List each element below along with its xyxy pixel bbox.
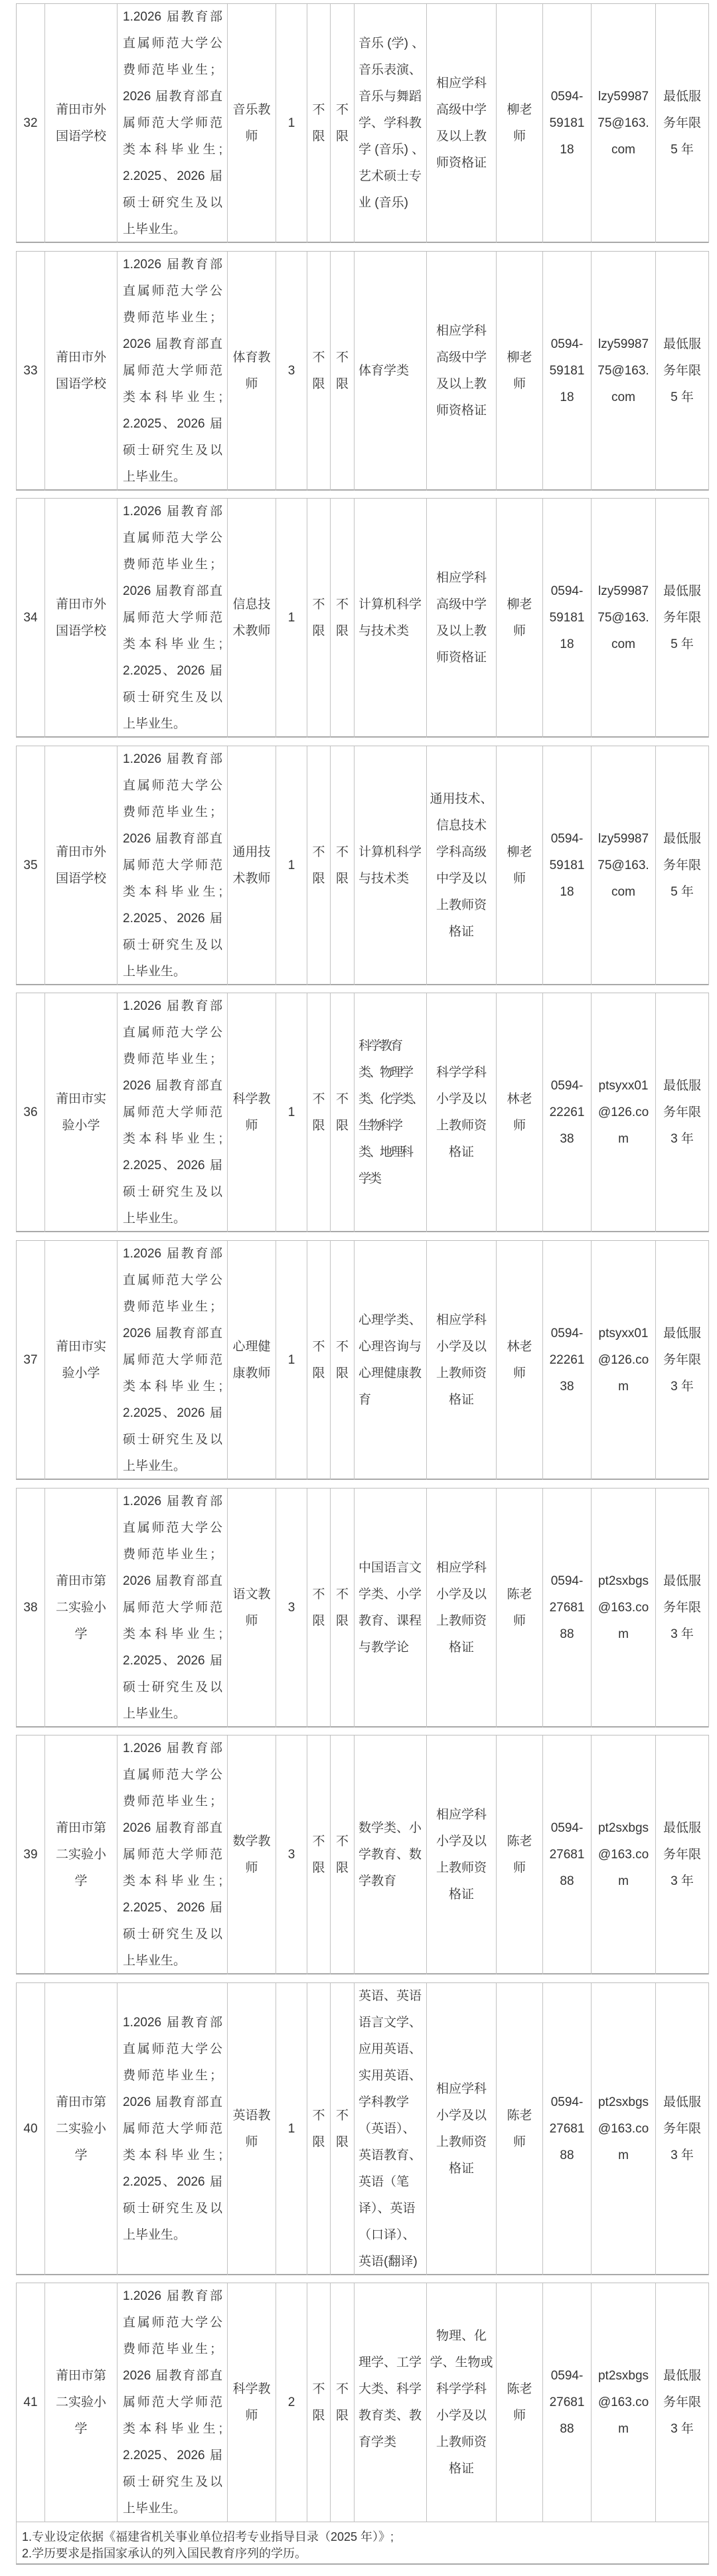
cell-number: 39	[17, 1735, 45, 1974]
text-line: 1.2026 届教育部	[123, 993, 222, 1020]
text-line: 2026 届教育部直	[123, 2089, 222, 2116]
text-line: 上毕业生。	[123, 1453, 222, 1480]
text-line: 1.2026 届教育部	[123, 252, 222, 278]
cell-school: 莆田市外 国语学校	[45, 252, 118, 491]
cell-condition-2: 不 限	[331, 1241, 355, 1480]
cell-phone: 0594- 27681 88	[543, 1489, 592, 1728]
cell-condition-2: 不 限	[331, 499, 355, 738]
cell-condition-2: 不 限	[331, 993, 355, 1232]
cell-headcount: 1	[276, 746, 307, 985]
cell-position: 通用技 术教师	[228, 746, 276, 985]
text-line: 1.2026 届教育部	[123, 1735, 222, 1762]
cell-condition-1: 不 限	[307, 1241, 331, 1480]
cell-phone: 0594- 27681 88	[543, 2283, 592, 2522]
cell-number: 41	[17, 2283, 45, 2522]
text-line: 费师范毕业生；	[123, 57, 222, 84]
cell-position: 数学教 师	[228, 1735, 276, 1974]
cell-condition-1: 不 限	[307, 993, 331, 1232]
cell-school: 莆田市外 国语学校	[45, 4, 118, 243]
cell-email: ptsyxx01 @126.co m	[592, 993, 656, 1232]
cell-number: 36	[17, 993, 45, 1232]
cell-major: 计算机科学 与技术类	[355, 499, 427, 738]
cell-target-applicants: 1.2026 届教育部直属师范大学公费师范毕业生；2026 届教育部直属师范大学…	[118, 1735, 228, 1974]
text-line: 类本科毕业生;	[123, 879, 222, 906]
cell-school: 莆田市外 国语学校	[45, 499, 118, 738]
text-line: 费师范毕业生；	[123, 799, 222, 826]
cell-condition-2: 不 限	[331, 252, 355, 491]
cell-major: 理学、工学 大类、科学 教育类、教 育学类	[355, 2283, 427, 2522]
text-line: 属师范大学师范	[123, 1842, 222, 1868]
cell-service-term: 最低服 务年限 5 年	[656, 746, 709, 985]
table-row: 38 莆田市第 二实验小 学 1.2026 届教育部直属师范大学公费师范毕业生；…	[16, 1488, 709, 1728]
cell-service-term: 最低服 务年限 3 年	[656, 1489, 709, 1728]
cell-target-applicants: 1.2026 届教育部直属师范大学公费师范毕业生；2026 届教育部直属师范大学…	[118, 1241, 228, 1480]
cell-qualification: 相应学科 高级中学 及以上教 师资格证	[427, 499, 497, 738]
cell-service-term: 最低服 务年限 3 年	[656, 2283, 709, 2522]
cell-target-applicants: 1.2026 届教育部直属师范大学公费师范毕业生；2026 届教育部直属师范大学…	[118, 4, 228, 243]
text-line: 类本科毕业生;	[123, 1374, 222, 1400]
text-line: 属师范大学师范	[123, 358, 222, 384]
text-line: 上毕业生。	[123, 1701, 222, 1728]
text-line: 直属师范大学公	[123, 2036, 222, 2063]
text-line: 类本科毕业生;	[123, 2142, 222, 2169]
cell-qualification: 通用技术、 信息技术 学科高级 中学及以 上教师资 格证	[427, 746, 497, 985]
cell-target-applicants: 1.2026 届教育部直属师范大学公费师范毕业生；2026 届教育部直属师范大学…	[118, 499, 228, 738]
cell-condition-1: 不 限	[307, 2283, 331, 2522]
cell-major: 英语、英语 语言文学、 应用英语、 实用英语、 学科教学 （英语）、 英语教育、…	[355, 1983, 427, 2275]
text-line: 费师范毕业生；	[123, 1294, 222, 1321]
text-line: 属师范大学师范	[123, 605, 222, 631]
text-line: 类本科毕业生;	[123, 1126, 222, 1153]
cell-major: 数学类、小 学教育、数 学教育	[355, 1735, 427, 1974]
text-line: 1.2026 届教育部	[123, 1241, 222, 1267]
text-line: 直属师范大学公	[123, 1020, 222, 1046]
cell-condition-2: 不 限	[331, 2283, 355, 2522]
text-line: 硕士研究生及以	[123, 190, 222, 216]
cell-condition-1: 不 限	[307, 1489, 331, 1728]
text-line: 2.2025、2026 届	[123, 2443, 222, 2469]
cell-contact-person: 柳老 师	[497, 252, 543, 491]
cell-major: 体育学类	[355, 252, 427, 491]
footnote-line: 2.学历要求是指国家承认的列入国民教育序列的学历。	[22, 2545, 703, 2562]
text-line: 直属师范大学公	[123, 31, 222, 57]
text-line: 直属师范大学公	[123, 773, 222, 799]
cell-school: 莆田市外 国语学校	[45, 746, 118, 985]
text-line: 属师范大学师范	[123, 2389, 222, 2416]
text-line: 上毕业生。	[123, 1948, 222, 1974]
text-line: 硕士研究生及以	[123, 684, 222, 711]
text-line: 2.2025、2026 届	[123, 2169, 222, 2196]
cell-phone: 0594- 59181 18	[543, 252, 592, 491]
cell-service-term: 最低服 务年限 5 年	[656, 499, 709, 738]
cell-contact-person: 林老 师	[497, 993, 543, 1232]
cell-qualification: 相应学科 小学及以 上教师资 格证	[427, 1489, 497, 1728]
cell-condition-2: 不 限	[331, 1735, 355, 1974]
cell-position: 信息技 术教师	[228, 499, 276, 738]
text-line: 2026 届教育部直	[123, 1815, 222, 1842]
text-line: 费师范毕业生；	[123, 1789, 222, 1815]
text-line: 1.2026 届教育部	[123, 1489, 222, 1515]
text-line: 2026 届教育部直	[123, 578, 222, 605]
text-line: 类本科毕业生;	[123, 1621, 222, 1648]
cell-number: 38	[17, 1489, 45, 1728]
text-line: 2.2025、2026 届	[123, 163, 222, 190]
cell-qualification: 相应学科 小学及以 上教师资 格证	[427, 1735, 497, 1974]
table-row: 34 莆田市外 国语学校 1.2026 届教育部直属师范大学公费师范毕业生；20…	[16, 498, 709, 738]
table-footnote: 1.专业设定依据《福建省机关事业单位招考专业指导目录（2025 年）》; 2.学…	[16, 2522, 709, 2565]
cell-email: lzy59987 75@163. com	[592, 252, 656, 491]
text-line: 2026 届教育部直	[123, 1568, 222, 1595]
cell-major: 中国语言文 学类、小学 教育、课程 与教学论	[355, 1489, 427, 1728]
cell-condition-1: 不 限	[307, 746, 331, 985]
text-line: 属师范大学师范	[123, 1595, 222, 1621]
cell-condition-2: 不 限	[331, 4, 355, 243]
table-row: 36 莆田市实 验小学 1.2026 届教育部直属师范大学公费师范毕业生；202…	[16, 993, 709, 1232]
text-line: 类本科毕业生;	[123, 631, 222, 658]
table-row: 40 莆田市第 二实验小 学 1.2026 届教育部直属师范大学公费师范毕业生；…	[16, 1982, 709, 2275]
cell-qualification: 相应学科 小学及以 上教师资 格证	[427, 1241, 497, 1480]
cell-major: 计算机科学 与技术类	[355, 746, 427, 985]
cell-headcount: 1	[276, 1983, 307, 2275]
table-row: 32 莆田市外 国语学校 1.2026 届教育部直属师范大学公费师范毕业生；20…	[16, 3, 709, 243]
cell-email: pt2sxbgs @163.co m	[592, 1489, 656, 1728]
text-line: 2.2025、2026 届	[123, 1648, 222, 1674]
cell-headcount: 1	[276, 1241, 307, 1480]
cell-number: 32	[17, 4, 45, 243]
text-line: 硕士研究生及以	[123, 932, 222, 959]
text-line: 费师范毕业生；	[123, 2336, 222, 2363]
text-line: 2.2025、2026 届	[123, 1895, 222, 1921]
text-line: 类本科毕业生;	[123, 2416, 222, 2443]
cell-email: pt2sxbgs @163.co m	[592, 2283, 656, 2522]
text-line: 硕士研究生及以	[123, 1179, 222, 1206]
text-line: 2026 届教育部直	[123, 826, 222, 852]
cell-target-applicants: 1.2026 届教育部直属师范大学公费师范毕业生；2026 届教育部直属师范大学…	[118, 252, 228, 491]
cell-qualification: 科学学科 小学及以 上教师资 格证	[427, 993, 497, 1232]
text-line: 属师范大学师范	[123, 110, 222, 137]
cell-headcount: 3	[276, 252, 307, 491]
text-line: 费师范毕业生；	[123, 552, 222, 578]
text-line: 硕士研究生及以	[123, 1921, 222, 1948]
cell-email: ptsyxx01 @126.co m	[592, 1241, 656, 1480]
cell-major: 音乐 (学) 、 音乐表演、 音乐与舞蹈 学、学科教 学 (音乐) 、 艺术硕士…	[355, 4, 427, 243]
text-line: 直属师范大学公	[123, 278, 222, 305]
text-line: 属师范大学师范	[123, 1099, 222, 1126]
cell-position: 心理健 康教师	[228, 1241, 276, 1480]
cell-contact-person: 陈老 师	[497, 1489, 543, 1728]
cell-school: 莆田市第 二实验小 学	[45, 2283, 118, 2522]
cell-service-term: 最低服 务年限 3 年	[656, 1241, 709, 1480]
text-line: 2026 届教育部直	[123, 84, 222, 110]
cell-phone: 0594- 22261 38	[543, 993, 592, 1232]
cell-headcount: 3	[276, 1489, 307, 1728]
cell-condition-1: 不 限	[307, 252, 331, 491]
text-line: 1.2026 届教育部	[123, 4, 222, 31]
cell-condition-2: 不 限	[331, 1489, 355, 1728]
cell-condition-1: 不 限	[307, 499, 331, 738]
text-line: 1.2026 届教育部	[123, 2010, 222, 2036]
cell-qualification: 相应学科 高级中学 及以上教 师资格证	[427, 4, 497, 243]
cell-target-applicants: 1.2026 届教育部直属师范大学公费师范毕业生；2026 届教育部直属师范大学…	[118, 746, 228, 985]
text-line: 费师范毕业生；	[123, 2063, 222, 2089]
text-line: 2026 届教育部直	[123, 2363, 222, 2389]
cell-number: 35	[17, 746, 45, 985]
table-row: 35 莆田市外 国语学校 1.2026 届教育部直属师范大学公费师范毕业生；20…	[16, 746, 709, 985]
cell-qualification: 物理、化 学、生物或 科学学科 小学及以 上教师资 格证	[427, 2283, 497, 2522]
text-line: 费师范毕业生；	[123, 305, 222, 331]
text-line: 1.2026 届教育部	[123, 499, 222, 525]
text-line: 上毕业生。	[123, 1206, 222, 1232]
text-line: 直属师范大学公	[123, 1762, 222, 1789]
cell-phone: 0594- 27681 88	[543, 1735, 592, 1974]
cell-email: pt2sxbgs @163.co m	[592, 1983, 656, 2275]
text-line: 2026 届教育部直	[123, 1073, 222, 1099]
cell-service-term: 最低服 务年限 3 年	[656, 993, 709, 1232]
cell-contact-person: 柳老 师	[497, 4, 543, 243]
cell-headcount: 2	[276, 2283, 307, 2522]
cell-number: 40	[17, 1983, 45, 2275]
cell-position: 体育教 师	[228, 252, 276, 491]
cell-major: 心理学类、 心理咨询与 心理健康教 育	[355, 1241, 427, 1480]
text-line: 属师范大学师范	[123, 1347, 222, 1374]
cell-service-term: 最低服 务年限 5 年	[656, 4, 709, 243]
cell-condition-1: 不 限	[307, 1735, 331, 1974]
text-line: 属师范大学师范	[123, 2116, 222, 2142]
cell-school: 莆田市第 二实验小 学	[45, 1735, 118, 1974]
table-row: 39 莆田市第 二实验小 学 1.2026 届教育部直属师范大学公费师范毕业生；…	[16, 1735, 709, 1974]
cell-phone: 0594- 59181 18	[543, 746, 592, 985]
text-line: 直属师范大学公	[123, 1267, 222, 1294]
text-line: 硕士研究生及以	[123, 2469, 222, 2496]
text-line: 2026 届教育部直	[123, 331, 222, 358]
cell-qualification: 相应学科 高级中学 及以上教 师资格证	[427, 252, 497, 491]
text-line: 费师范毕业生；	[123, 1542, 222, 1568]
cell-headcount: 1	[276, 499, 307, 738]
text-line: 硕士研究生及以	[123, 1674, 222, 1701]
cell-target-applicants: 1.2026 届教育部直属师范大学公费师范毕业生；2026 届教育部直属师范大学…	[118, 1983, 228, 2275]
cell-target-applicants: 1.2026 届教育部直属师范大学公费师范毕业生；2026 届教育部直属师范大学…	[118, 993, 228, 1232]
table-row: 41 莆田市第 二实验小 学 1.2026 届教育部直属师范大学公费师范毕业生；…	[16, 2283, 709, 2522]
text-line: 上毕业生。	[123, 464, 222, 491]
cell-condition-2: 不 限	[331, 1983, 355, 2275]
cell-contact-person: 陈老 师	[497, 1983, 543, 2275]
text-line: 类本科毕业生;	[123, 384, 222, 411]
cell-headcount: 1	[276, 4, 307, 243]
text-line: 2.2025、2026 届	[123, 1153, 222, 1179]
text-line: 类本科毕业生;	[123, 137, 222, 163]
text-line: 直属师范大学公	[123, 525, 222, 552]
text-line: 2.2025、2026 届	[123, 658, 222, 684]
cell-qualification: 相应学科 小学及以 上教师资 格证	[427, 1983, 497, 2275]
cell-headcount: 1	[276, 993, 307, 1232]
cell-phone: 0594- 27681 88	[543, 1983, 592, 2275]
cell-number: 33	[17, 252, 45, 491]
cell-headcount: 3	[276, 1735, 307, 1974]
table-row: 33 莆田市外 国语学校 1.2026 届教育部直属师范大学公费师范毕业生；20…	[16, 251, 709, 491]
text-line: 上毕业生。	[123, 711, 222, 738]
text-line: 上毕业生。	[123, 2496, 222, 2522]
text-line: 2026 届教育部直	[123, 1321, 222, 1347]
text-line: 硕士研究生及以	[123, 2196, 222, 2222]
text-line: 2.2025、2026 届	[123, 411, 222, 438]
text-line: 2.2025、2026 届	[123, 906, 222, 932]
table-row: 37 莆田市实 验小学 1.2026 届教育部直属师范大学公费师范毕业生；202…	[16, 1240, 709, 1480]
recruitment-table: 32 莆田市外 国语学校 1.2026 届教育部直属师范大学公费师范毕业生；20…	[16, 3, 709, 2565]
text-line: 硕士研究生及以	[123, 438, 222, 464]
cell-service-term: 最低服 务年限 3 年	[656, 1983, 709, 2275]
cell-school: 莆田市第 二实验小 学	[45, 1983, 118, 2275]
cell-number: 37	[17, 1241, 45, 1480]
cell-service-term: 最低服 务年限 3 年	[656, 1735, 709, 1974]
cell-email: lzy59987 75@163. com	[592, 499, 656, 738]
cell-position: 科学教 师	[228, 993, 276, 1232]
text-line: 1.2026 届教育部	[123, 2283, 222, 2310]
text-line: 上毕业生。	[123, 2222, 222, 2249]
footnote-line: 1.专业设定依据《福建省机关事业单位招考专业指导目录（2025 年）》;	[22, 2529, 703, 2545]
cell-phone: 0594- 59181 18	[543, 4, 592, 243]
cell-email: pt2sxbgs @163.co m	[592, 1735, 656, 1974]
cell-contact-person: 陈老 师	[497, 1735, 543, 1974]
cell-phone: 0594- 59181 18	[543, 499, 592, 738]
text-line: 硕士研究生及以	[123, 1427, 222, 1453]
cell-number: 34	[17, 499, 45, 738]
text-line: 费师范毕业生；	[123, 1046, 222, 1073]
cell-position: 英语教 师	[228, 1983, 276, 2275]
cell-contact-person: 柳老 师	[497, 746, 543, 985]
cell-position: 科学教 师	[228, 2283, 276, 2522]
cell-condition-2: 不 限	[331, 746, 355, 985]
cell-service-term: 最低服 务年限 5 年	[656, 252, 709, 491]
cell-position: 语文教 师	[228, 1489, 276, 1728]
cell-school: 莆田市实 验小学	[45, 1241, 118, 1480]
cell-email: lzy59987 75@163. com	[592, 746, 656, 985]
cell-major: 科学教育 类、物理学 类、化学类、 生物科学 类、地理科 学类	[355, 993, 427, 1232]
cell-condition-1: 不 限	[307, 4, 331, 243]
cell-position: 音乐教 师	[228, 4, 276, 243]
text-line: 类本科毕业生;	[123, 1868, 222, 1895]
cell-condition-1: 不 限	[307, 1983, 331, 2275]
cell-target-applicants: 1.2026 届教育部直属师范大学公费师范毕业生；2026 届教育部直属师范大学…	[118, 1489, 228, 1728]
text-line: 直属师范大学公	[123, 2310, 222, 2336]
text-line: 上毕业生。	[123, 959, 222, 985]
cell-contact-person: 陈老 师	[497, 2283, 543, 2522]
text-line: 直属师范大学公	[123, 1515, 222, 1542]
text-line: 2.2025、2026 届	[123, 1400, 222, 1427]
cell-target-applicants: 1.2026 届教育部直属师范大学公费师范毕业生；2026 届教育部直属师范大学…	[118, 2283, 228, 2522]
cell-phone: 0594- 22261 38	[543, 1241, 592, 1480]
text-line: 1.2026 届教育部	[123, 746, 222, 773]
cell-school: 莆田市实 验小学	[45, 993, 118, 1232]
cell-contact-person: 柳老 师	[497, 499, 543, 738]
cell-email: lzy59987 75@163. com	[592, 4, 656, 243]
text-line: 属师范大学师范	[123, 852, 222, 879]
cell-contact-person: 林老 师	[497, 1241, 543, 1480]
text-line: 上毕业生。	[123, 216, 222, 243]
cell-school: 莆田市第 二实验小 学	[45, 1489, 118, 1728]
